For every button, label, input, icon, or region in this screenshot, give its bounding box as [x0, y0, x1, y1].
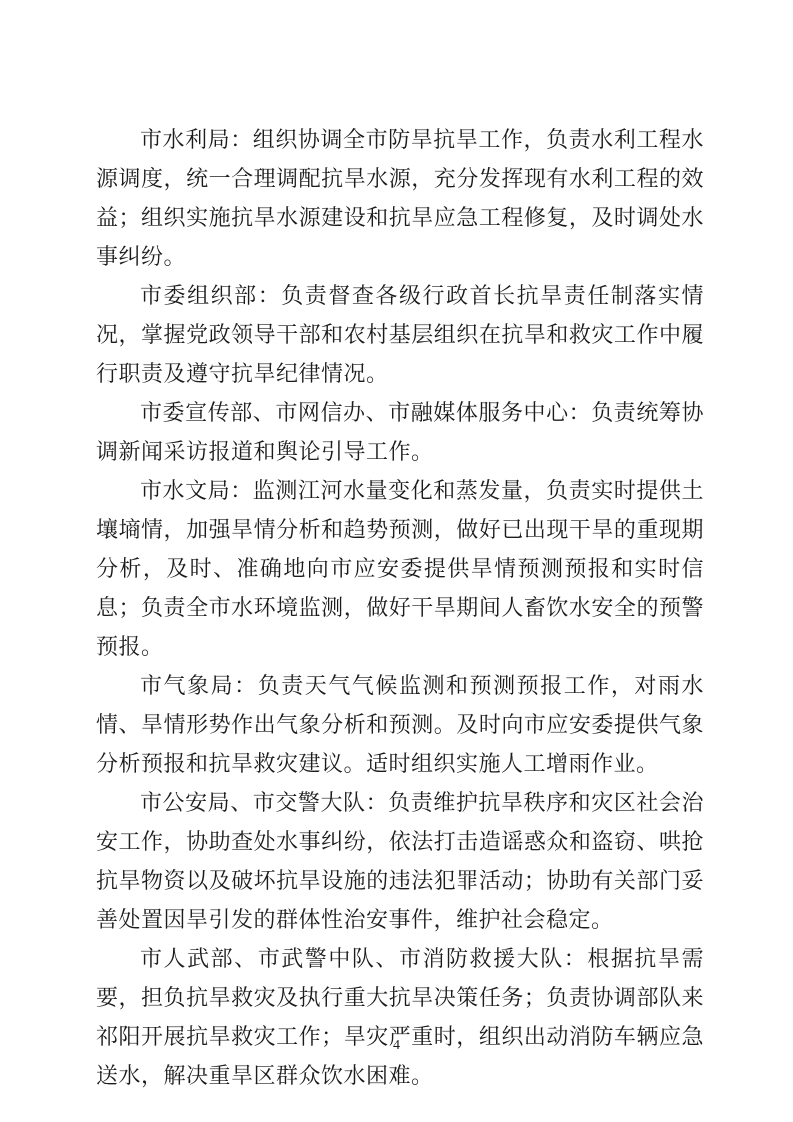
page-footer: 4 — [0, 1037, 793, 1055]
page-number: 4 — [393, 1038, 400, 1053]
paragraph-meteorology-bureau: 市气象局：负责天气气候监测和预测预报工作，对雨水情、旱情形势作出气象分析和预测。… — [96, 666, 704, 783]
paragraph-water-resources-bureau: 市水利局：组织协调全市防旱抗旱工作，负责水利工程水源调度，统一合理调配抗旱水源，… — [96, 120, 704, 276]
document-page: 市水利局：组织协调全市防旱抗旱工作，负责水利工程水源调度，统一合理调配抗旱水源，… — [0, 0, 793, 1122]
paragraph-party-organization-dept: 市委组织部：负责督查各级行政首长抗旱责任制落实情况，掌握党政领导干部和农村基层组… — [96, 276, 704, 393]
paragraph-military-fire-rescue: 市人武部、市武警中队、市消防救援大队：根据抗旱需要，担负抗旱救灾及执行重大抗旱决… — [96, 939, 704, 1095]
paragraph-hydrology-bureau: 市水文局：监测江河水量变化和蒸发量，负责实时提供土壤墒情，加强旱情分析和趋势预测… — [96, 471, 704, 666]
document-body: 市水利局：组织协调全市防旱抗旱工作，负责水利工程水源调度，统一合理调配抗旱水源，… — [96, 120, 704, 1095]
paragraph-public-security-bureau: 市公安局、市交警大队：负责维护抗旱秩序和灾区社会治安工作，协助查处水事纠纷，依法… — [96, 783, 704, 939]
paragraph-propaganda-dept: 市委宣传部、市网信办、市融媒体服务中心：负责统筹协调新闻采访报道和舆论引导工作。 — [96, 393, 704, 471]
